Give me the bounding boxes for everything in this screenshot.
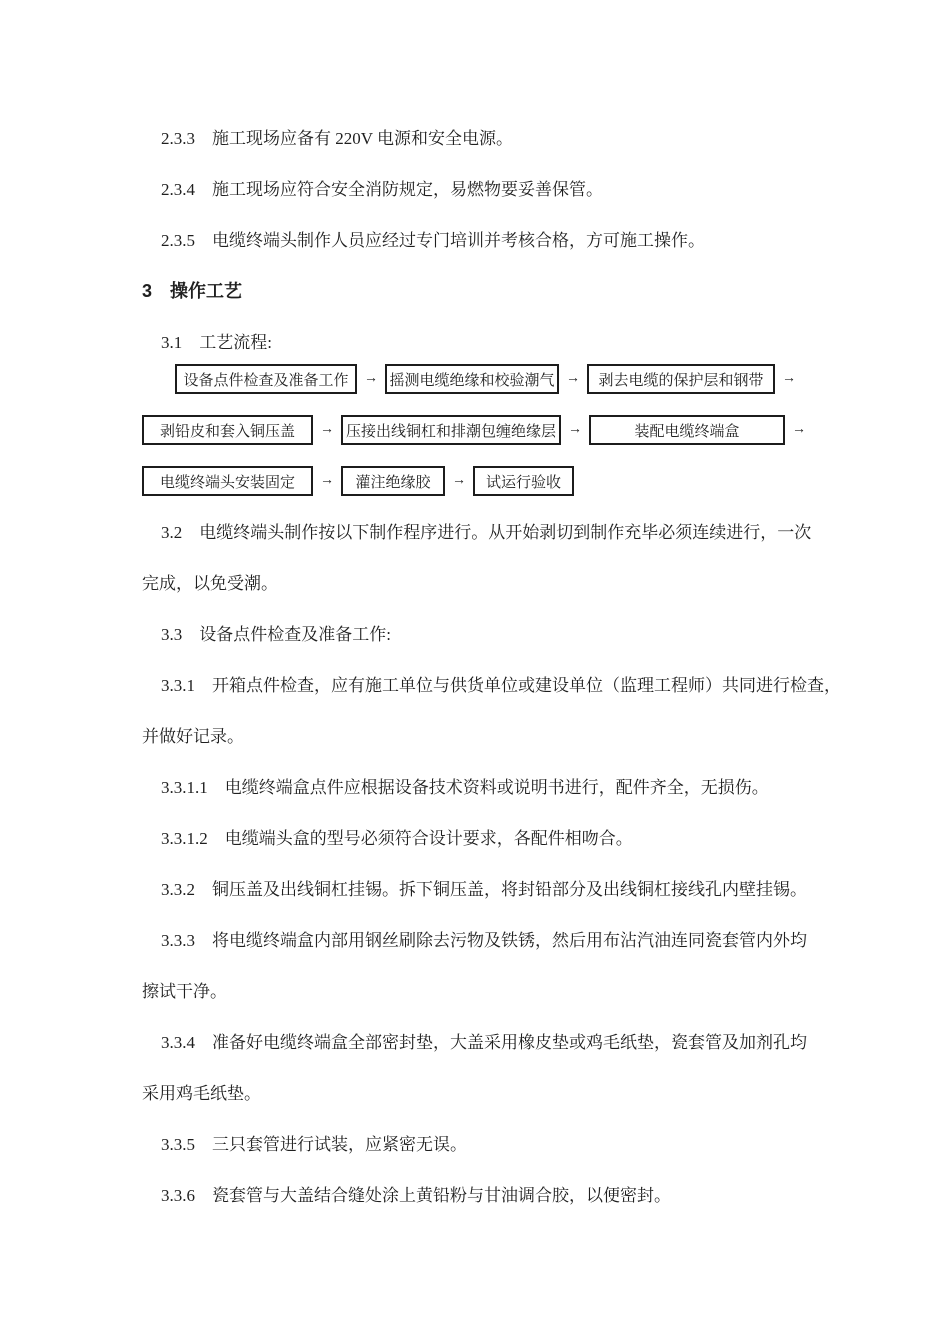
flow-step-box: 摇测电缆绝缘和校验潮气 bbox=[385, 364, 559, 394]
clause-3-1: 3.1 工艺流程: bbox=[142, 317, 940, 368]
clause-3-3: 3.3 设备点件检查及准备工作: bbox=[142, 609, 940, 660]
clause-3-3-1: 3.3.1 开箱点件检查，应有施工单位与供货单位或建设单位（监理工程师）共同进行… bbox=[142, 660, 940, 711]
flowchart-row-2: 剥铅皮和套入铜压盖 → 压接出线铜杠和排潮包缠绝缘层 → 装配电缆终端盒 → bbox=[142, 415, 940, 445]
clause-3-2: 3.2 电缆终端头制作按以下制作程序进行。从开始剥切到制作充毕必须连续进行，一次 bbox=[142, 507, 940, 558]
flow-step-box: 剥去电缆的保护层和钢带 bbox=[587, 364, 775, 394]
flow-step-box: 装配电缆终端盒 bbox=[589, 415, 785, 445]
clause-2-3-3: 2.3.3 施工现场应备有 220V 电源和安全电源。 bbox=[142, 113, 940, 164]
arrow-right-icon: → bbox=[561, 422, 589, 438]
flow-step-box: 电缆终端头安装固定 bbox=[142, 466, 313, 496]
flowchart-row-3: 电缆终端头安装固定 → 灌注绝缘胶 → 试运行验收 bbox=[142, 466, 940, 496]
clause-2-3-5: 2.3.5 电缆终端头制作人员应经过专门培训并考核合格，方可施工操作。 bbox=[142, 215, 940, 266]
flow-step-box: 设备点件检查及准备工作 bbox=[175, 364, 357, 394]
clause-3-3-3-continued: 擦试干净。 bbox=[142, 966, 940, 1017]
clause-3-3-4-continued: 采用鸡毛纸垫。 bbox=[142, 1068, 940, 1119]
arrow-right-icon: → bbox=[357, 371, 385, 387]
process-flowchart: 设备点件检查及准备工作 → 摇测电缆绝缘和校验潮气 → 剥去电缆的保护层和钢带 … bbox=[142, 364, 940, 496]
flow-step-box: 剥铅皮和套入铜压盖 bbox=[142, 415, 313, 445]
document-page: 2.3.3 施工现场应备有 220V 电源和安全电源。 2.3.4 施工现场应符… bbox=[0, 0, 950, 1344]
clause-3-3-1-continued: 并做好记录。 bbox=[142, 711, 940, 762]
clause-3-3-2: 3.3.2 铜压盖及出线铜杠挂锡。拆下铜压盖，将封铅部分及出线铜杠接线孔内壁挂锡… bbox=[142, 864, 940, 915]
clause-3-3-3: 3.3.3 将电缆终端盒内部用钢丝刷除去污物及铁锈，然后用布沾汽油连同瓷套管内外… bbox=[142, 915, 940, 966]
clause-3-3-1-1: 3.3.1.1 电缆终端盒点件应根据设备技术资料或说明书进行，配件齐全，无损伤。 bbox=[142, 762, 940, 813]
clause-3-3-4: 3.3.4 准备好电缆终端盒全部密封垫，大盖采用橡皮垫或鸡毛纸垫，瓷套管及加剂孔… bbox=[142, 1017, 940, 1068]
arrow-right-icon: → bbox=[559, 371, 587, 387]
clause-3-3-6: 3.3.6 瓷套管与大盖结合缝处涂上黄铅粉与甘油调合胶，以便密封。 bbox=[142, 1170, 940, 1221]
arrow-right-icon: → bbox=[313, 422, 341, 438]
arrow-right-icon: → bbox=[313, 473, 341, 489]
clause-2-3-4: 2.3.4 施工现场应符合安全消防规定，易燃物要妥善保管。 bbox=[142, 164, 940, 215]
clause-3-2-continued: 完成，以免受潮。 bbox=[142, 558, 940, 609]
flow-step-box: 试运行验收 bbox=[473, 466, 574, 496]
arrow-right-icon: → bbox=[445, 473, 473, 489]
clause-3-3-5: 3.3.5 三只套管进行试装，应紧密无误。 bbox=[142, 1119, 940, 1170]
flow-step-box: 灌注绝缘胶 bbox=[341, 466, 445, 496]
arrow-right-icon: → bbox=[775, 371, 803, 387]
flow-step-box: 压接出线铜杠和排潮包缠绝缘层 bbox=[341, 415, 561, 445]
flowchart-row-1: 设备点件检查及准备工作 → 摇测电缆绝缘和校验潮气 → 剥去电缆的保护层和钢带 … bbox=[175, 364, 940, 394]
section-3-heading: 3 操作工艺 bbox=[142, 266, 940, 317]
arrow-right-icon: → bbox=[785, 422, 813, 438]
clause-3-3-1-2: 3.3.1.2 电缆端头盒的型号必须符合设计要求，各配件相吻合。 bbox=[142, 813, 940, 864]
